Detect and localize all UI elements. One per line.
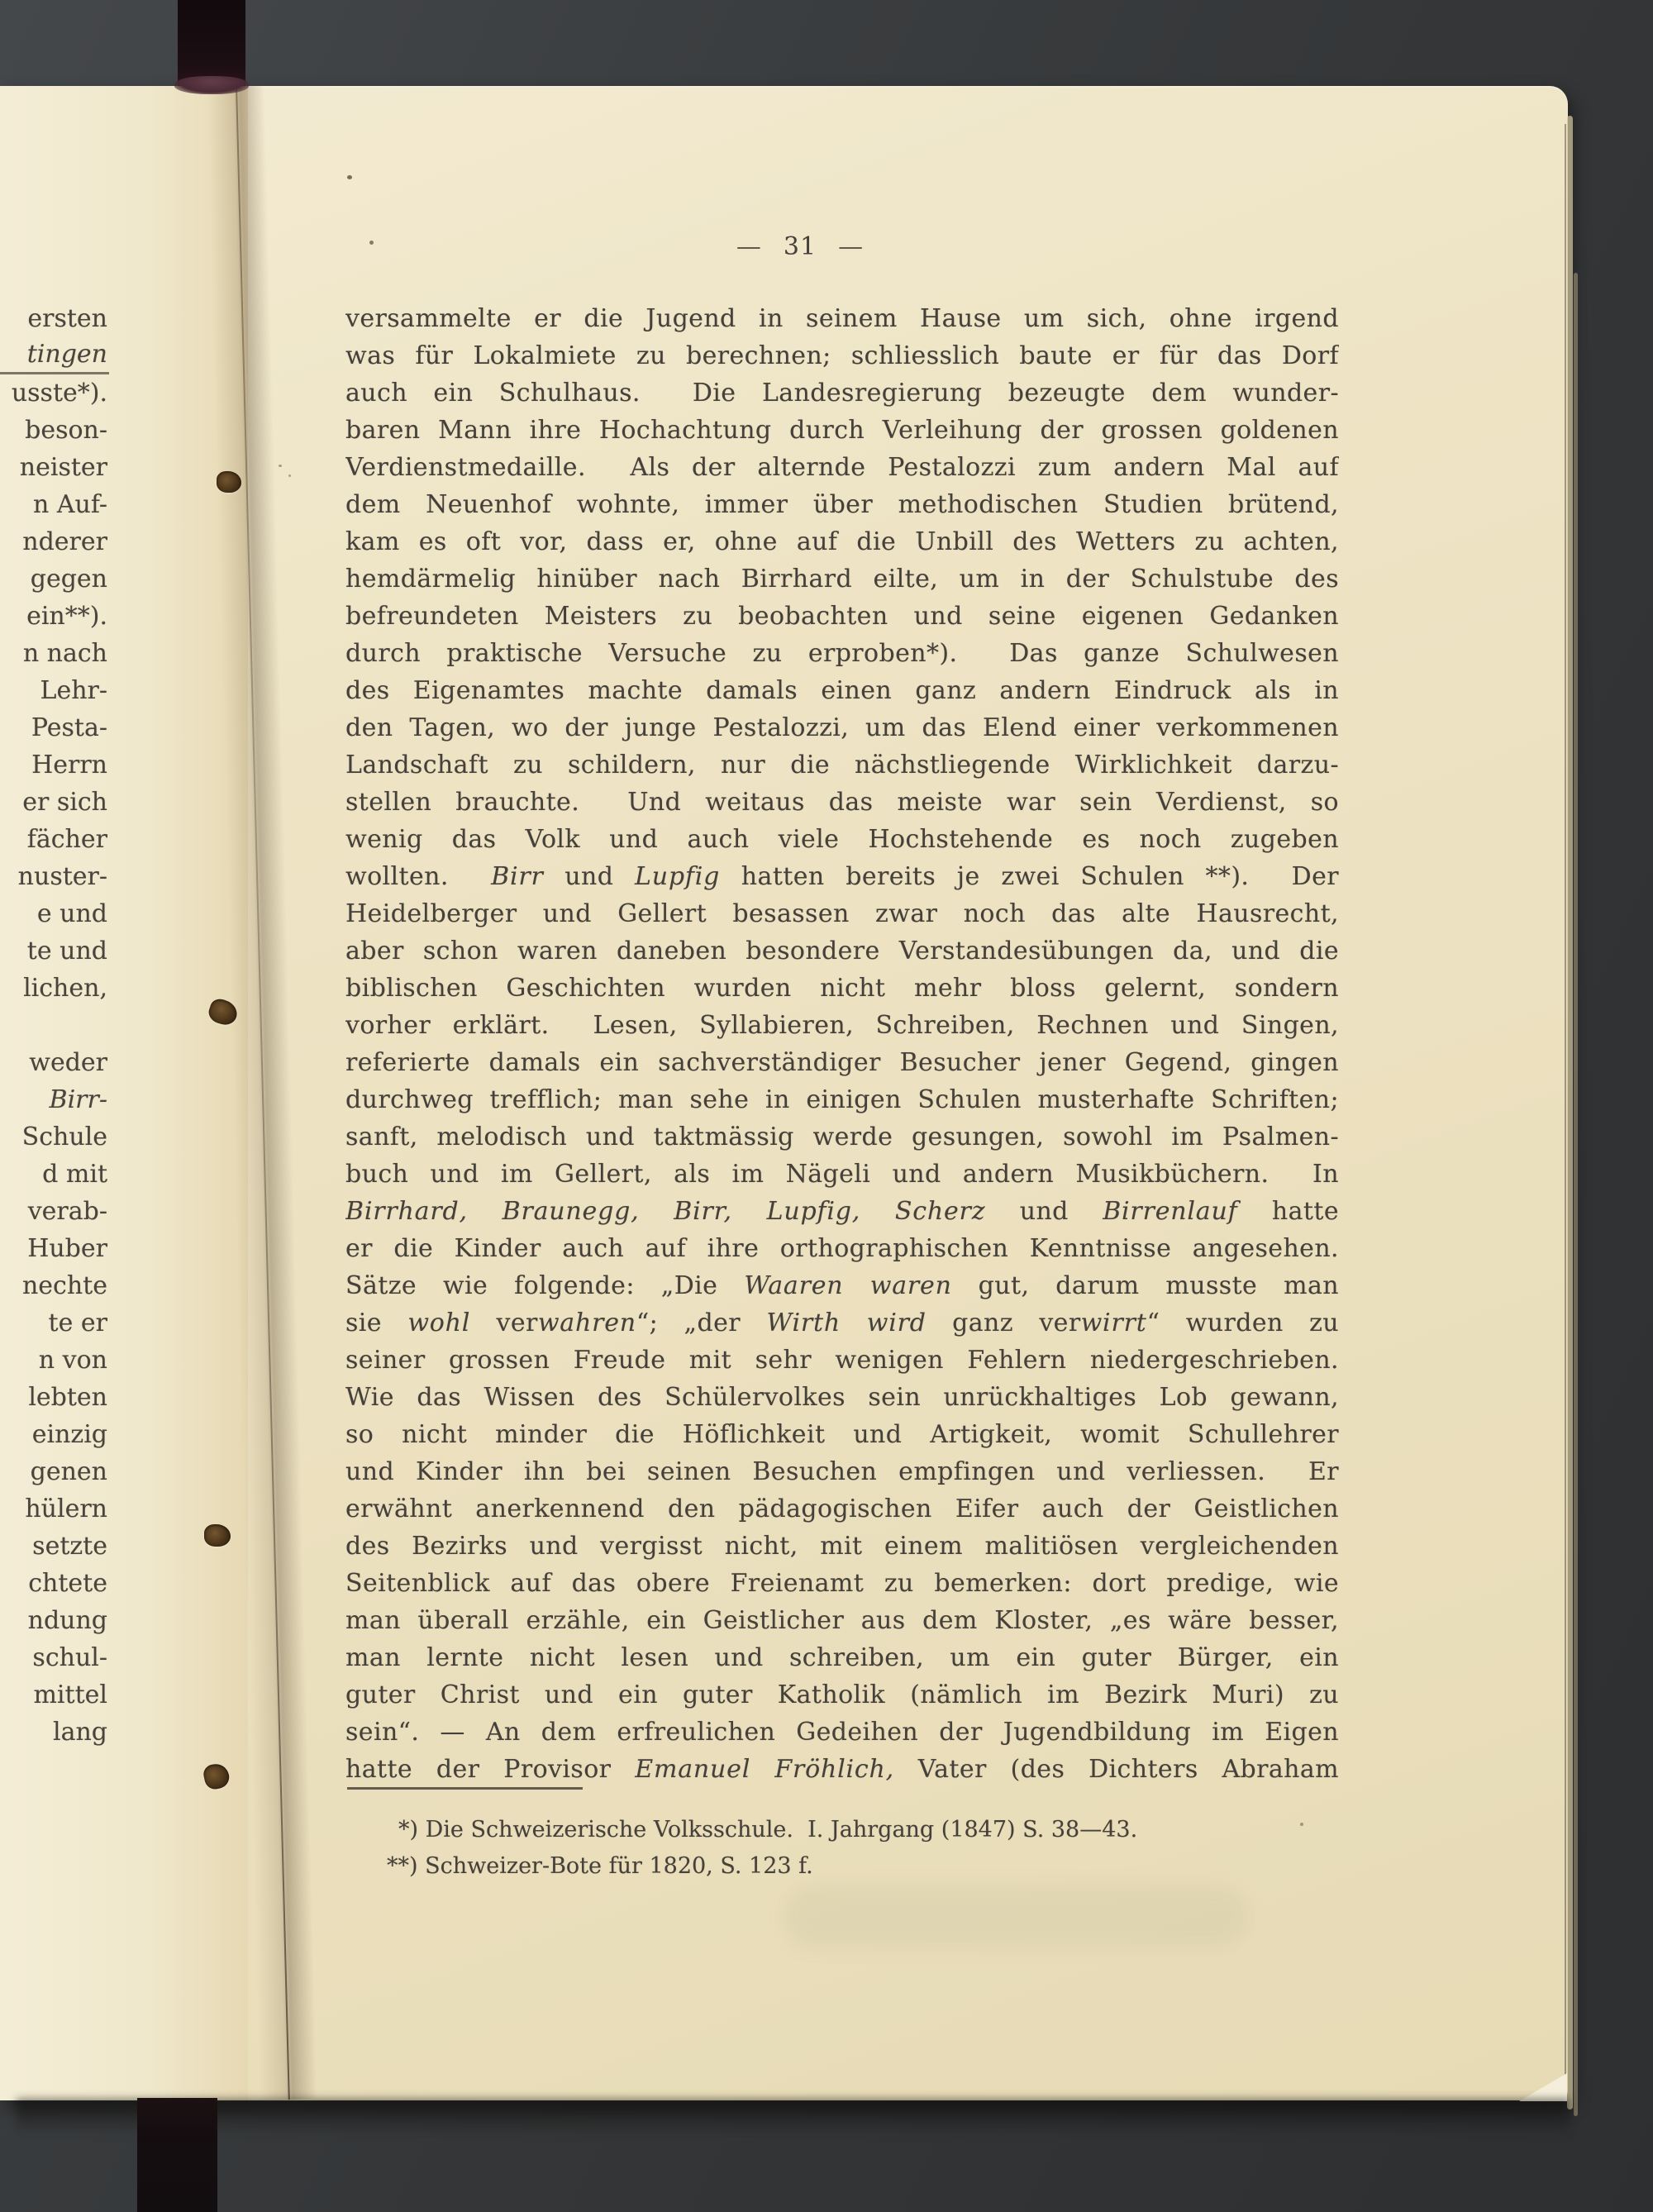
text-line: Sätze wie folgende: „Die Waaren waren gu… (345, 1267, 1339, 1304)
scanned-book-photo: —31— versammelte er die Jugend in seinem… (0, 0, 1653, 2212)
page-edge-sliver (1574, 273, 1578, 2116)
text-line: dem Neuenhof wohnte, immer über methodis… (345, 486, 1339, 523)
left-page-fragment: n nach (0, 635, 109, 672)
text-segment: sie (345, 1309, 407, 1337)
text-segment-italic: Waaren waren (744, 1271, 952, 1300)
left-page-fragment: e und (0, 895, 109, 932)
left-page-fragment: er sich (0, 784, 109, 821)
left-page-fragment: ersten (0, 300, 109, 337)
text-segment: befreundeten Meisters zu beobachten und … (345, 602, 1339, 631)
text-line: stellen brauchte. Und weitaus das meiste… (345, 784, 1339, 821)
left-page-fragment: beson- (0, 412, 109, 449)
text-segment: Wie das Wissen des Schülervolkes sein un… (345, 1383, 1339, 1412)
left-page-fragment: Lehr- (0, 672, 109, 709)
left-page-fragment: Schule (0, 1118, 109, 1156)
left-page-fragment: te er (0, 1304, 109, 1342)
left-page-fragment: lebten (0, 1379, 109, 1416)
text-line: befreundeten Meisters zu beobachten und … (345, 598, 1339, 635)
text-line: referierte damals ein sachverständiger B… (345, 1044, 1339, 1081)
text-line: Verdienstmedaille. Als der alternde Pest… (345, 449, 1339, 486)
text-segment: des Bezirks und vergisst nicht, mit eine… (345, 1532, 1339, 1561)
text-segment: baren Mann ihre Hochachtung durch Verlei… (345, 416, 1339, 445)
text-line: aber schon waren daneben besondere Verst… (345, 932, 1339, 970)
text-segment: erwähnt anerkennend den pädagogischen Ei… (345, 1495, 1339, 1523)
left-page-fragment: n von (0, 1342, 109, 1379)
page-edge-sliver (1567, 116, 1573, 2110)
left-page-fragment: tingen (0, 337, 109, 374)
text-line: sanft, melodisch und taktmässig werde ge… (345, 1118, 1339, 1156)
text-segment: biblischen Geschichten wurden nicht mehr… (345, 974, 1339, 1003)
text-segment: des Eigenamtes machte damals einen ganz … (345, 676, 1339, 705)
text-segment: Sätze wie folgende: „Die (345, 1271, 744, 1300)
text-segment: kam es oft vor, dass er, ohne auf die Un… (345, 527, 1339, 556)
left-page-fragment: n Auf- (0, 486, 109, 523)
binding-hole (217, 471, 241, 493)
text-line: des Eigenamtes machte damals einen ganz … (345, 672, 1339, 709)
text-segment: hatte der Provisor (345, 1755, 635, 1784)
left-page-fragment: gegen (0, 560, 109, 598)
text-line: Landschaft zu schildern, nur die nächstl… (345, 746, 1339, 784)
left-page-fragment: schul- (0, 1639, 109, 1676)
text-segment: hatten bereits je zwei Schulen **). Der (720, 862, 1339, 891)
left-page-fragment: verab- (0, 1193, 109, 1230)
left-page-fragment: d mit (0, 1156, 109, 1193)
left-page-fragment: mittel (0, 1676, 109, 1714)
text-line: Birrhard, Braunegg, Birr, Lupfig, Scherz… (345, 1193, 1339, 1230)
text-segment: dem Neuenhof wohnte, immer über methodis… (345, 490, 1339, 519)
text-segment-italic: Wirth wird (766, 1309, 926, 1337)
text-line: man lernte nicht lesen und schreiben, um… (345, 1639, 1339, 1676)
text-segment: durchweg trefflich; man sehe in einigen … (345, 1085, 1339, 1114)
left-page-fragment: lichen, (0, 970, 109, 1007)
text-line: baren Mann ihre Hochachtung durch Verlei… (345, 412, 1339, 449)
left-page-fragment: Pesta- (0, 709, 109, 746)
text-line: man überall erzähle, ein Geistlicher aus… (345, 1602, 1339, 1639)
text-segment: wollten. (345, 862, 491, 891)
page-bottom-shadow (17, 2099, 1570, 2137)
text-segment-italic: Emanuel Fröhlich, (635, 1755, 894, 1784)
text-segment: vorher erklärt. Lesen, Syllabieren, Schr… (345, 1011, 1339, 1040)
dust-speck (279, 465, 282, 467)
text-segment: so nicht minder die Höflichkeit und Arti… (345, 1420, 1339, 1449)
spine-tape-fray (174, 76, 249, 94)
dust-speck (1300, 1823, 1303, 1826)
binding-hole (204, 1524, 231, 1547)
text-segment: stellen brauchte. Und weitaus das meiste… (345, 788, 1339, 817)
show-through-smudge (785, 1886, 1248, 1947)
text-segment: Vater (des Dichters Abraham (894, 1755, 1339, 1784)
left-page-fragment: Herrn (0, 746, 109, 784)
text-segment: und (985, 1197, 1103, 1226)
text-line: biblischen Geschichten wurden nicht mehr… (345, 970, 1339, 1007)
text-segment: durch praktische Versuche zu erproben*).… (345, 639, 1339, 668)
left-page-fragment: nuster- (0, 858, 109, 895)
text-line: sein“. — An dem erfreulichen Gedeihen de… (345, 1714, 1339, 1751)
text-segment: ganz ver (927, 1309, 1081, 1337)
text-segment: Seitenblick auf das obere Freienamt zu b… (345, 1569, 1339, 1598)
text-segment: was für Lokalmiete zu berechnen; schlies… (345, 341, 1339, 370)
text-segment-italic: Birr (491, 862, 544, 891)
footnote: *) Die Schweizerische Volksschule. I. Ja… (345, 1814, 1392, 1847)
text-line: Wie das Wissen des Schülervolkes sein un… (345, 1379, 1339, 1416)
text-line: erwähnt anerkennend den pädagogischen Ei… (345, 1490, 1339, 1528)
header-dash: — (736, 232, 762, 261)
left-page-fragment: hülern (0, 1490, 109, 1528)
text-line: er die Kinder auch auf ihre orthographis… (345, 1230, 1339, 1267)
text-segment: und Kinder ihn bei seinen Besuchen empfi… (345, 1457, 1339, 1486)
text-segment: und (544, 862, 635, 891)
page-number: 31 (784, 232, 817, 261)
left-page-fragment: Huber (0, 1230, 109, 1267)
text-line: Seitenblick auf das obere Freienamt zu b… (345, 1565, 1339, 1602)
left-page-fragment: setzte (0, 1528, 109, 1565)
footnote: **) Schweizer-Bote für 1820, S. 123 f. (345, 1850, 1380, 1883)
text-line: durchweg trefflich; man sehe in einigen … (345, 1081, 1339, 1118)
text-line: sie wohl verwahren“; „der Wirth wird gan… (345, 1304, 1339, 1342)
left-page-fragment: ein**). (0, 598, 109, 635)
left-page-fragment: lang (0, 1714, 109, 1751)
text-line: vorher erklärt. Lesen, Syllabieren, Schr… (345, 1007, 1339, 1044)
text-segment-italic: Lupfig (635, 862, 720, 891)
dust-speck (347, 175, 352, 179)
left-page-fragment: einzig (0, 1416, 109, 1453)
text-segment: referierte damals ein sachverständiger B… (345, 1048, 1339, 1077)
left-page-fragment: neister (0, 449, 109, 486)
text-line: wollten. Birr und Lupfig hatten bereits … (345, 858, 1339, 895)
text-line: des Bezirks und vergisst nicht, mit eine… (345, 1528, 1339, 1565)
text-segment-italic: wohl (407, 1309, 470, 1337)
text-line: kam es oft vor, dass er, ohne auf die Un… (345, 523, 1339, 560)
text-segment: buch und im Gellert, als im Nägeli und a… (345, 1160, 1339, 1189)
text-line: guter Christ und ein guter Katholik (näm… (345, 1676, 1339, 1714)
left-page-fragment: usste*). (0, 374, 109, 412)
text-line: wenig das Volk und auch viele Hochstehen… (345, 821, 1339, 858)
text-segment: den Tagen, wo der junge Pestalozzi, um d… (345, 713, 1339, 742)
left-page-fragment: ndung (0, 1602, 109, 1639)
text-segment-italic: Birrenlauf (1103, 1197, 1237, 1226)
text-line: und Kinder ihn bei seinen Besuchen empfi… (345, 1453, 1339, 1490)
text-line: den Tagen, wo der junge Pestalozzi, um d… (345, 709, 1339, 746)
text-line: so nicht minder die Höflichkeit und Arti… (345, 1416, 1339, 1453)
text-segment: seiner grossen Freude mit sehr wenigen F… (345, 1346, 1339, 1375)
text-segment: ver (470, 1309, 538, 1337)
text-line: seiner grossen Freude mit sehr wenigen F… (345, 1342, 1339, 1379)
footnote-separator-rule (347, 1787, 583, 1790)
text-segment-italic: Birrhard, Braunegg, Birr, Lupfig, Scherz (345, 1197, 985, 1226)
text-line: was für Lokalmiete zu berechnen; schlies… (345, 337, 1339, 374)
text-segment: man lernte nicht lesen und schreiben, um… (345, 1643, 1339, 1672)
text-line: hatte der Provisor Emanuel Fröhlich, Vat… (345, 1751, 1339, 1788)
left-page-fragment: weder (0, 1044, 109, 1081)
text-line: durch praktische Versuche zu erproben*).… (345, 635, 1339, 672)
text-segment: man überall erzähle, ein Geistlicher aus… (345, 1606, 1339, 1635)
text-segment: Verdienstmedaille. Als der alternde Pest… (345, 453, 1339, 482)
text-line: Heidelberger und Gellert besassen zwar n… (345, 895, 1339, 932)
text-line: hemdärmelig hinüber nach Birrhard eilte,… (345, 560, 1339, 598)
left-page-fragment: nechte (0, 1267, 109, 1304)
page-header: —31— (345, 228, 1255, 265)
header-dash: — (838, 232, 864, 261)
text-segment: sein“. — An dem erfreulichen Gedeihen de… (345, 1718, 1339, 1747)
text-segment: versammelte er die Jugend in seinem Haus… (345, 304, 1339, 333)
text-segment: er die Kinder auch auf ihre orthographis… (345, 1234, 1339, 1263)
text-segment: hemdärmelig hinüber nach Birrhard eilte,… (345, 565, 1339, 594)
text-segment: aber schon waren daneben besondere Verst… (345, 937, 1339, 965)
dust-speck (288, 474, 291, 477)
text-segment: gut, darum musste man (952, 1271, 1339, 1300)
left-page-fragment: Birr- (0, 1081, 109, 1118)
text-segment: “; „der (636, 1309, 766, 1337)
text-segment: “ wurden zu (1147, 1309, 1339, 1337)
text-line: auch ein Schulhaus. Die Landesregierung … (345, 374, 1339, 412)
left-page-fragment: chtete (0, 1565, 109, 1602)
dust-speck (369, 241, 374, 245)
left-page-fragment: te und (0, 932, 109, 970)
text-segment: sanft, melodisch und taktmässig werde ge… (345, 1123, 1339, 1151)
spine-tape-top (178, 0, 245, 86)
left-page-fragment: fächer (0, 821, 109, 858)
text-segment: Landschaft zu schildern, nur die nächstl… (345, 751, 1339, 779)
text-segment-italic: wirrt (1081, 1309, 1147, 1337)
text-segment: wenig das Volk und auch viele Hochstehen… (345, 825, 1339, 854)
text-segment: auch ein Schulhaus. Die Landesregierung … (345, 379, 1339, 408)
text-line: versammelte er die Jugend in seinem Haus… (345, 300, 1339, 337)
text-segment: hatte (1238, 1197, 1340, 1226)
text-segment-italic: wahren (538, 1309, 636, 1337)
text-segment: guter Christ und ein guter Katholik (näm… (345, 1680, 1339, 1709)
text-line: buch und im Gellert, als im Nägeli und a… (345, 1156, 1339, 1193)
left-page-fragment: genen (0, 1453, 109, 1490)
left-page-fragment: nderer (0, 523, 109, 560)
text-segment: Heidelberger und Gellert besassen zwar n… (345, 899, 1339, 928)
page-edge-gap (1565, 124, 1566, 2104)
